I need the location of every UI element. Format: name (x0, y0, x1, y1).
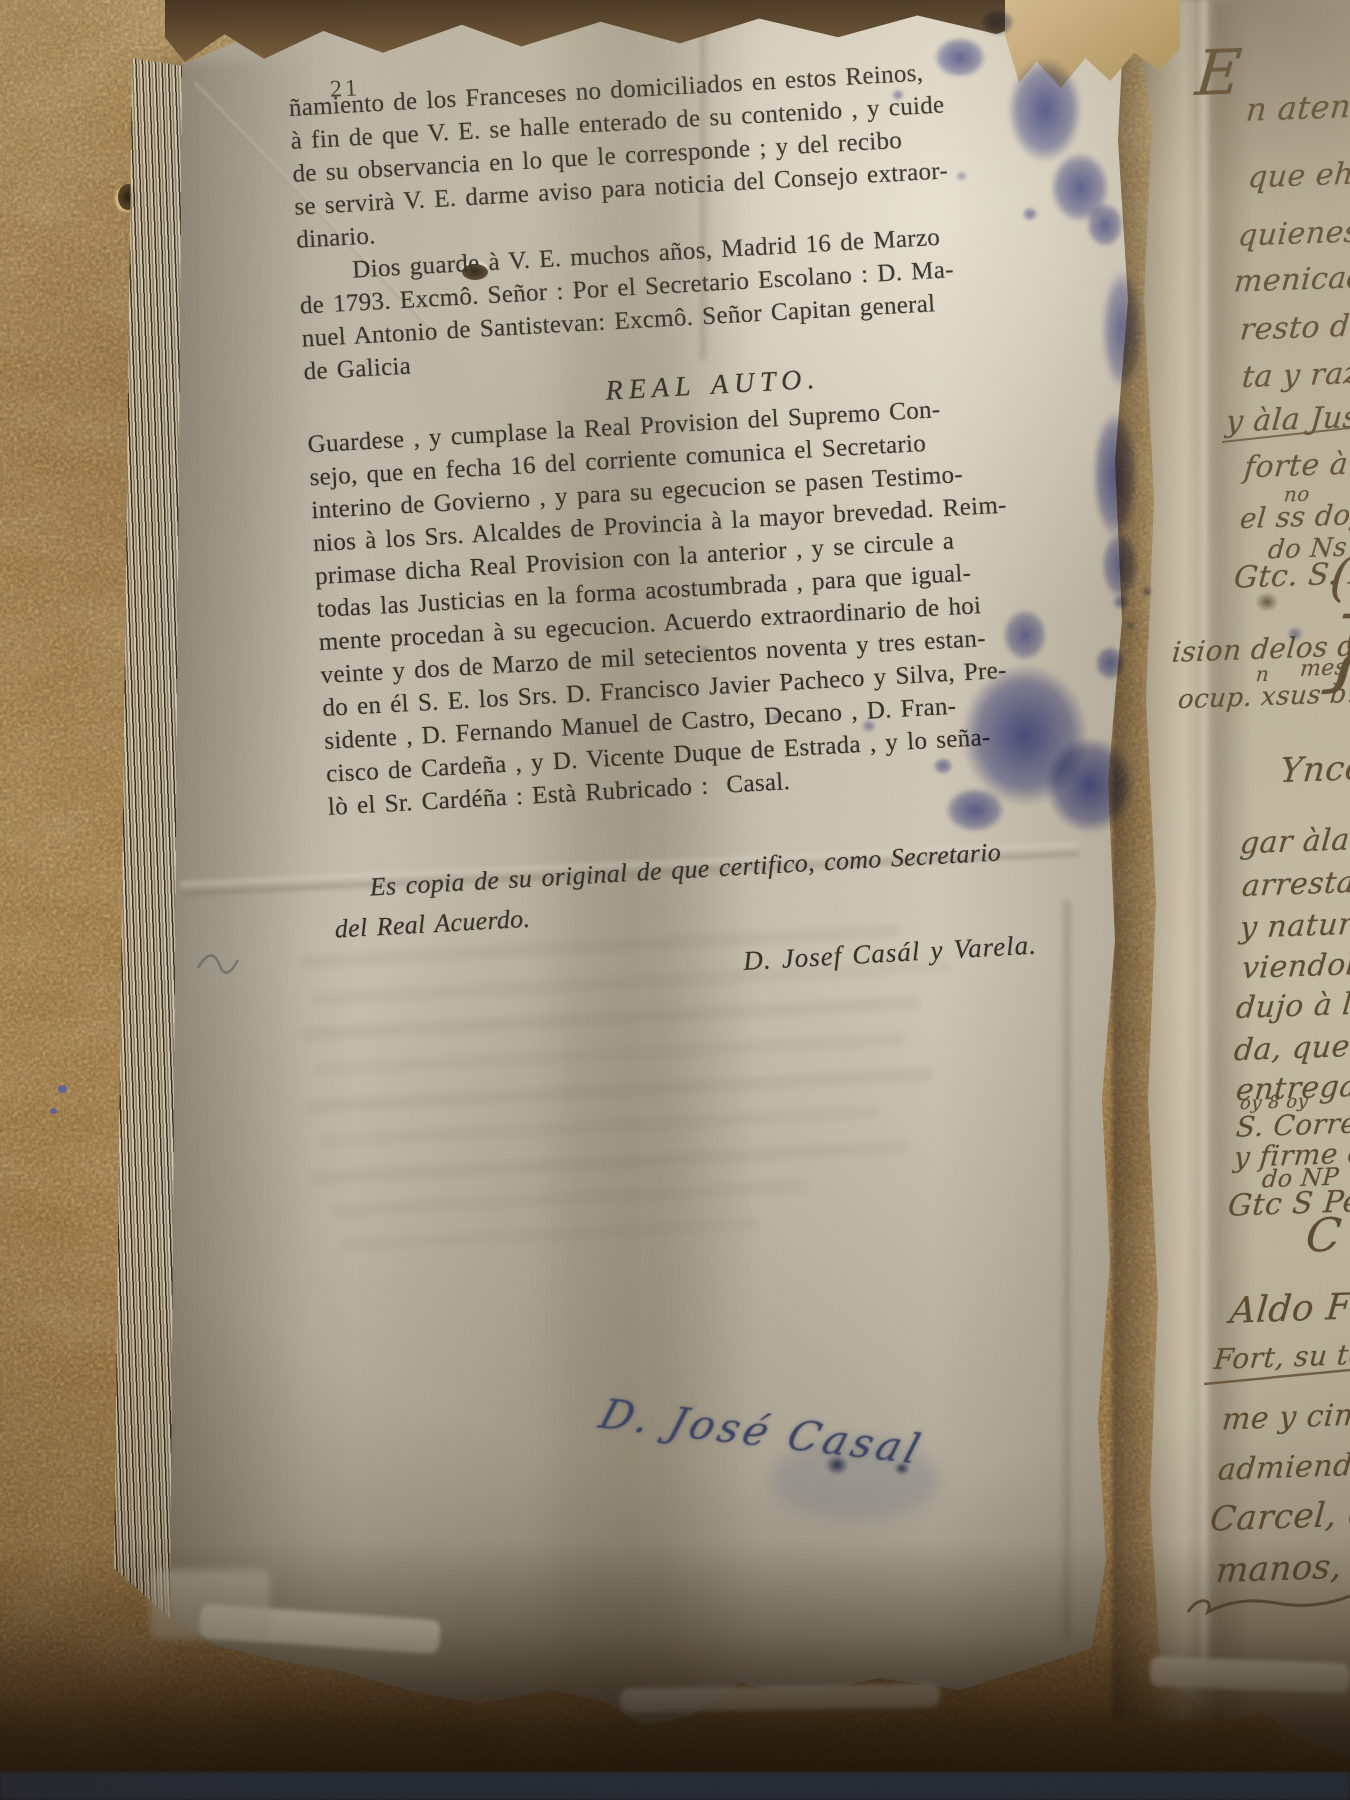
manuscript-line: ta y raz (1240, 356, 1350, 395)
ink-stain (975, 5, 1020, 40)
manuscript-line: da, que con (1233, 1027, 1350, 1068)
ink-stain (935, 780, 1015, 840)
right-edge-crease (1060, 900, 1070, 1640)
paper-stain-spot (1255, 592, 1279, 612)
manuscript-line: dujo à la N (1235, 985, 1350, 1026)
manuscript-line: arrestaron (1241, 863, 1350, 904)
ink-speck (700, 645, 710, 654)
ink-stain (1090, 640, 1130, 686)
manuscript-line: viendoles h (1241, 945, 1350, 986)
table-edge-strip (0, 1772, 1350, 1800)
ink-speck (770, 712, 782, 723)
manuscript-line: Yncontine (1278, 745, 1350, 791)
ink-speck (930, 755, 956, 777)
ink-speck (1125, 620, 1137, 631)
manuscript-line: resto de f (1239, 307, 1350, 347)
ink-speck (955, 170, 968, 182)
ink-speck (1140, 585, 1154, 598)
ink-speck (860, 718, 878, 734)
ink-blot-large (1030, 720, 1150, 850)
ink-blot (822, 1452, 852, 1478)
manuscript-line: forte à C (1243, 446, 1350, 486)
photo-canvas: 21 ñamiento de los Franceses no domicili… (0, 0, 1350, 1800)
manuscript-line: el ss doy (1239, 498, 1350, 536)
manuscript-line: n atencio (1244, 85, 1350, 129)
manuscript-flourish: C (1304, 1207, 1344, 1262)
ink-stain (1095, 250, 1150, 410)
manuscript-line: gar àla f (1239, 822, 1350, 862)
manuscript-line: Fort, su ten (1213, 1337, 1350, 1376)
ink-stain (995, 600, 1055, 670)
ink-speck (1110, 592, 1132, 612)
manuscript-line: Carcel, en l (1208, 1492, 1350, 1539)
manuscript-line: E (1193, 35, 1245, 110)
manuscript-line: me y cim (1221, 1397, 1350, 1437)
ink-speck (50, 1108, 57, 1114)
manuscript-line: admiendo (1217, 1447, 1350, 1487)
printed-text-column: ñamiento de los Franceses no domiciliado… (288, 52, 1058, 1001)
manuscript-line: quienes c (1237, 213, 1350, 253)
ink-stain (925, 30, 995, 85)
fold-ridge-crease (1200, 0, 1208, 1680)
ink-stain (1080, 195, 1130, 255)
manuscript-line: Aldo For (1228, 1285, 1350, 1332)
manuscript-line: menicada (1233, 259, 1350, 299)
page-left-shadow (158, 60, 308, 1640)
manuscript-line: y naturale (1239, 905, 1350, 946)
ink-speck (1285, 625, 1305, 643)
certification-note: Es copia de su original de que certifico… (331, 830, 1054, 950)
ink-speck (58, 1085, 67, 1093)
manuscript-line: y àla Just (1225, 399, 1350, 439)
ink-speck (890, 88, 906, 102)
bottom-shadow (0, 1540, 1350, 1800)
ink-blot (892, 1460, 912, 1477)
manuscript-line: que eh e (1247, 156, 1350, 196)
ink-speck (1020, 205, 1040, 223)
